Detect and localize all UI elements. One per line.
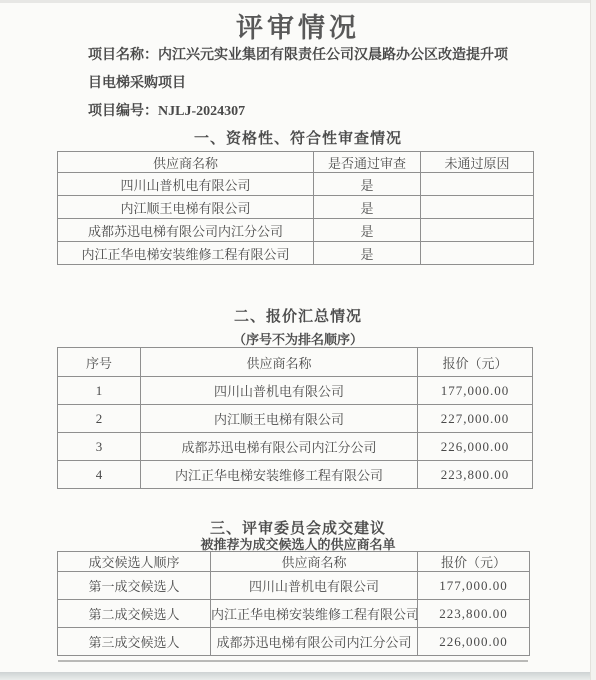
table-row: 4 内江正华电梯安装维修工程有限公司 223,800.00 bbox=[58, 461, 533, 489]
table-row: 第一成交候选人 四川山普机电有限公司 177,000.00 bbox=[58, 572, 530, 600]
table-row: 第二成交候选人 内江正华电梯安装维修工程有限公司 223,800.00 bbox=[58, 600, 530, 628]
col-header-fail-reason: 未通过原因 bbox=[421, 152, 534, 173]
price-cell: 177,000.00 bbox=[418, 377, 533, 405]
fail-reason-cell bbox=[421, 219, 534, 242]
price-cell: 223,800.00 bbox=[418, 600, 530, 628]
col-header-price-yuan: 报价（元） bbox=[418, 348, 533, 377]
col-header-supplier-name: 供应商名称 bbox=[211, 552, 418, 572]
table-row: 3 成都苏迅电梯有限公司内江分公司 226,000.00 bbox=[58, 433, 533, 461]
scan-bottom-edge bbox=[0, 672, 596, 680]
table-row: 内江正华电梯安装维修工程有限公司 是 bbox=[58, 242, 534, 265]
serial-number-cell: 2 bbox=[58, 405, 141, 433]
serial-number-cell: 1 bbox=[58, 377, 141, 405]
supplier-name-cell: 成都苏迅电梯有限公司内江分公司 bbox=[141, 433, 418, 461]
fail-reason-cell bbox=[421, 242, 534, 265]
table-header-row: 序号 供应商名称 报价（元） bbox=[58, 348, 533, 377]
supplier-name-cell: 四川山普机电有限公司 bbox=[58, 173, 314, 196]
table-row: 四川山普机电有限公司 是 bbox=[58, 173, 534, 196]
scanned-document-page: 评审情况 项目名称：内江兴元实业集团有限责任公司汉晨路办公区改造提升项 目电梯采… bbox=[0, 0, 596, 680]
supplier-name-cell: 内江正华电梯安装维修工程有限公司 bbox=[58, 242, 314, 265]
table-row: 第三成交候选人 成都苏迅电梯有限公司内江分公司 226,000.00 bbox=[58, 628, 530, 656]
passed-cell: 是 bbox=[314, 196, 421, 219]
supplier-name-cell: 成都苏迅电梯有限公司内江分公司 bbox=[58, 219, 314, 242]
section2-subtitle: （序号不为排名顺序） bbox=[0, 329, 596, 348]
scan-right-edge bbox=[590, 0, 596, 680]
fail-reason-cell bbox=[421, 196, 534, 219]
supplier-name-cell: 四川山普机电有限公司 bbox=[141, 377, 418, 405]
price-cell: 223,800.00 bbox=[418, 461, 533, 489]
section1-heading: 一、资格性、符合性审查情况 bbox=[0, 127, 596, 148]
price-cell: 227,000.00 bbox=[418, 405, 533, 433]
serial-number-cell: 3 bbox=[58, 433, 141, 461]
supplier-name-cell: 内江正华电梯安装维修工程有限公司 bbox=[211, 600, 418, 628]
award-recommendation-table: 成交候选人顺序 供应商名称 报价（元） 第一成交候选人 四川山普机电有限公司 1… bbox=[57, 551, 530, 656]
passed-cell: 是 bbox=[314, 219, 421, 242]
supplier-name-cell: 内江顺王电梯有限公司 bbox=[58, 196, 314, 219]
col-header-supplier-name: 供应商名称 bbox=[141, 348, 418, 377]
document-title: 评审情况 bbox=[0, 6, 596, 45]
col-header-serial-number: 序号 bbox=[58, 348, 141, 377]
qualification-review-table: 供应商名称 是否通过审查 未通过原因 四川山普机电有限公司 是 内江顺王电梯有限… bbox=[57, 151, 534, 265]
col-header-candidate-rank: 成交候选人顺序 bbox=[58, 552, 211, 572]
candidate-rank-cell: 第三成交候选人 bbox=[58, 628, 211, 656]
project-number: 项目编号：NJLJ-2024307 bbox=[88, 98, 518, 126]
table-header-row: 成交候选人顺序 供应商名称 报价（元） bbox=[58, 552, 530, 572]
serial-number-cell: 4 bbox=[58, 461, 141, 489]
project-name-line2: 目电梯采购项目 bbox=[88, 70, 518, 98]
col-header-passed-review: 是否通过审查 bbox=[314, 152, 421, 173]
table-row: 2 内江顺王电梯有限公司 227,000.00 bbox=[58, 405, 533, 433]
quotation-summary-table: 序号 供应商名称 报价（元） 1 四川山普机电有限公司 177,000.00 2… bbox=[57, 347, 533, 489]
supplier-name-cell: 四川山普机电有限公司 bbox=[211, 572, 418, 600]
scan-top-edge bbox=[0, 0, 596, 3]
supplier-name-cell: 内江顺王电梯有限公司 bbox=[141, 405, 418, 433]
project-name-line1: 项目名称：内江兴元实业集团有限责任公司汉晨路办公区改造提升项 bbox=[88, 42, 518, 70]
table-header-row: 供应商名称 是否通过审查 未通过原因 bbox=[58, 152, 534, 173]
price-cell: 226,000.00 bbox=[418, 433, 533, 461]
candidate-rank-cell: 第二成交候选人 bbox=[58, 600, 211, 628]
table-bottom-shadow bbox=[58, 660, 528, 662]
fail-reason-cell bbox=[421, 173, 534, 196]
table-row: 1 四川山普机电有限公司 177,000.00 bbox=[58, 377, 533, 405]
project-meta: 项目名称：内江兴元实业集团有限责任公司汉晨路办公区改造提升项 目电梯采购项目 项… bbox=[88, 42, 518, 126]
table-row: 内江顺王电梯有限公司 是 bbox=[58, 196, 534, 219]
price-cell: 177,000.00 bbox=[418, 572, 530, 600]
col-header-price-yuan: 报价（元） bbox=[418, 552, 530, 572]
col-header-supplier-name: 供应商名称 bbox=[58, 152, 314, 173]
table-row: 成都苏迅电梯有限公司内江分公司 是 bbox=[58, 219, 534, 242]
candidate-rank-cell: 第一成交候选人 bbox=[58, 572, 211, 600]
supplier-name-cell: 成都苏迅电梯有限公司内江分公司 bbox=[211, 628, 418, 656]
passed-cell: 是 bbox=[314, 173, 421, 196]
section2-heading: 二、报价汇总情况 bbox=[0, 305, 596, 326]
supplier-name-cell: 内江正华电梯安装维修工程有限公司 bbox=[141, 461, 418, 489]
passed-cell: 是 bbox=[314, 242, 421, 265]
price-cell: 226,000.00 bbox=[418, 628, 530, 656]
